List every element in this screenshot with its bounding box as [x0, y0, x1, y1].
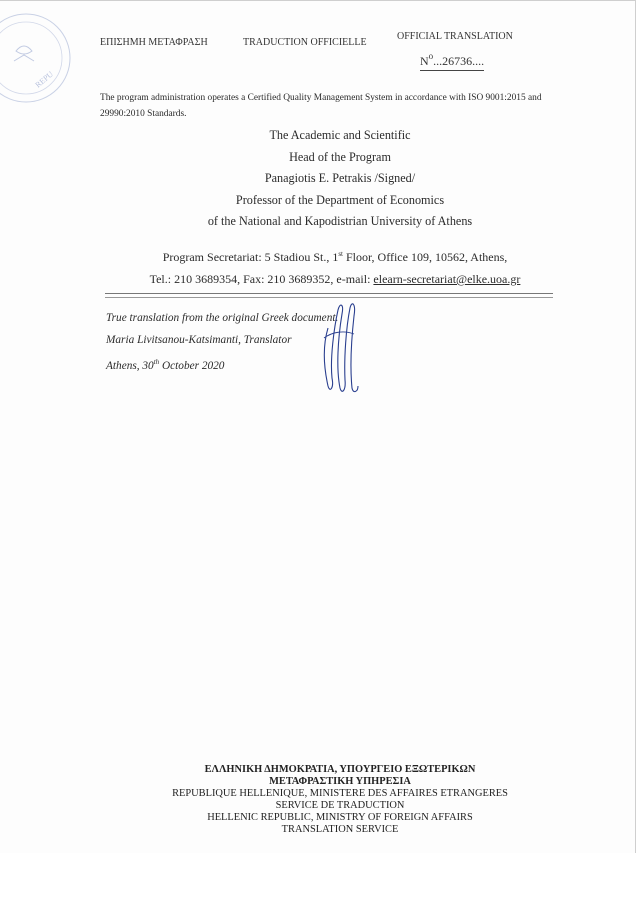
- address-line-2: Tel.: 210 3689354, Fax: 210 3689352, e-m…: [100, 268, 570, 290]
- footer-french-line: SERVICE DE TRADUCTION: [140, 800, 540, 812]
- date-text: Athens, 30: [106, 360, 154, 372]
- number-value: ...26736....: [433, 54, 484, 68]
- footer-english-line: TRANSLATION SERVICE: [140, 824, 540, 836]
- footer-greek-line: ΜΕΤΑΦΡΑΣΤΙΚΗ ΥΠΗΡΕΣΙΑ: [140, 776, 540, 788]
- translator-name: Maria Livitsanou-Katsimanti, Translator: [106, 329, 338, 351]
- translator-note: True translation from the original Greek…: [106, 307, 338, 377]
- iso-statement: The program administration operates a Ce…: [100, 90, 550, 122]
- address-text: Program Secretariat: 5 Stadiou St., 1: [163, 250, 339, 264]
- footer-stamp-block: ΕΛΛΗΝΙΚΗ ΔΗΜΟΚΡΑΤΙΑ, ΥΠΟΥΡΓΕΙΟ ΕΞΩΤΕΡΙΚΩ…: [140, 764, 540, 836]
- number-sup: o: [429, 51, 434, 61]
- footer-greek-line: ΕΛΛΗΝΙΚΗ ΔΗΜΟΚΡΑΤΙΑ, ΥΠΟΥΡΓΕΙΟ ΕΞΩΤΕΡΙΚΩ…: [140, 764, 540, 776]
- signatory-line: The Academic and Scientific: [140, 125, 540, 147]
- translator-note-line: True translation from the original Greek…: [106, 307, 338, 329]
- signatory-block: The Academic and Scientific Head of the …: [140, 125, 540, 233]
- footer-french-line: REPUBLIQUE HELLENIQUE, MINISTERE DES AFF…: [140, 788, 540, 800]
- svg-text:REPU: REPU: [34, 69, 56, 89]
- address-line-1: Program Secretariat: 5 Stadiou St., 1st …: [100, 243, 570, 268]
- translation-date: Athens, 30th October 2020: [106, 351, 338, 377]
- header-french-label: TRADUCTION OFFICIELLE: [243, 37, 367, 48]
- email-link[interactable]: elearn-secretariat@elke.uoa.gr: [373, 272, 520, 286]
- translator-signature-icon: [318, 298, 360, 396]
- address-text: Floor, Office 109, 10562, Athens,: [343, 250, 507, 264]
- official-stamp-icon: REPU: [0, 6, 78, 106]
- date-text: October 2020: [159, 360, 224, 372]
- footer-english-line: HELLENIC REPUBLIC, MINISTRY OF FOREIGN A…: [140, 812, 540, 824]
- address-block: Program Secretariat: 5 Stadiou St., 1st …: [100, 243, 570, 290]
- header-english-label: OFFICIAL TRANSLATION: [397, 31, 513, 42]
- signatory-line: Head of the Program: [140, 147, 540, 169]
- number-prefix: N: [420, 54, 429, 68]
- signatory-line: of the National and Kapodistrian Univers…: [140, 211, 540, 233]
- contact-text: Tel.: 210 3689354, Fax: 210 3689352, e-m…: [150, 272, 374, 286]
- signatory-line: Professor of the Department of Economics: [140, 190, 540, 212]
- translation-number: No...26736....: [420, 54, 484, 71]
- header-greek-label: ΕΠΙΣΗΜΗ ΜΕΤΑΦΡΑΣΗ: [100, 37, 208, 48]
- signatory-line: Panagiotis E. Petrakis /Signed/: [140, 168, 540, 190]
